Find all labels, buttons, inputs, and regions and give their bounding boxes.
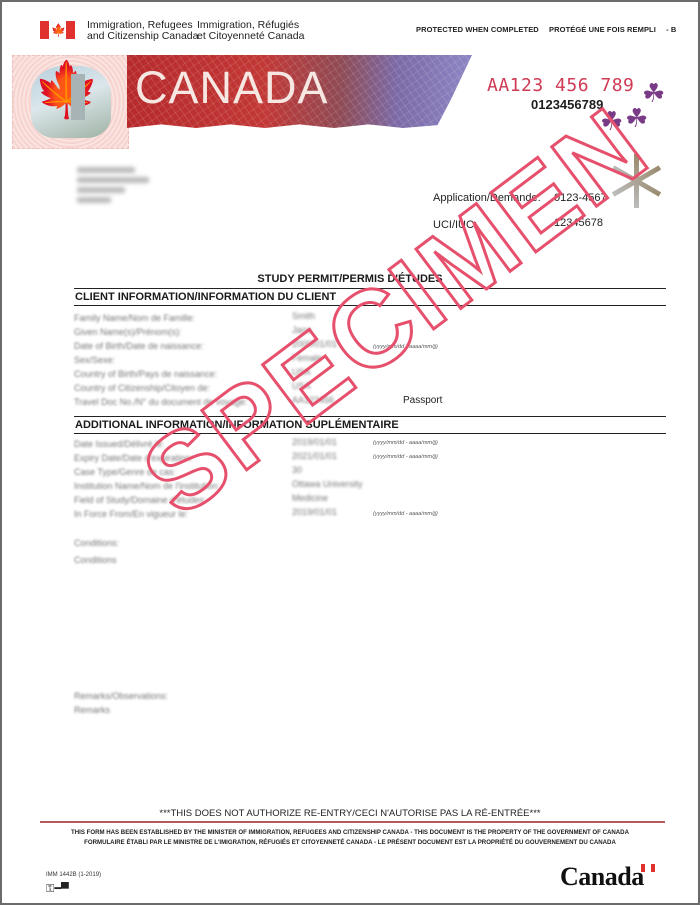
department-name-en: Immigration, Refugees and Citizenship Ca…	[87, 20, 199, 42]
peace-tower-icon	[71, 74, 85, 120]
field-value: 2000/01/01	[292, 339, 337, 349]
field-value: Smith	[292, 311, 315, 321]
field-value: USA	[292, 367, 311, 377]
date-format-hint: (yyyy/mm/dd - aaaa/mm/jj)	[373, 344, 438, 350]
field-label: Family Name/Nom de Famille:	[74, 313, 195, 323]
field-label: Travel Doc No./N° du document de voyage:	[74, 397, 247, 407]
field-value: 2019/01/01	[292, 507, 337, 517]
conditions-label-fr: Conditions:	[74, 538, 119, 548]
banner-title: CANADA	[135, 60, 329, 116]
maple-leaf-icon: ☘	[600, 108, 623, 134]
field-value: 2021/01/01	[292, 451, 337, 461]
remarks-label-en: Remarks	[74, 705, 110, 715]
conditions-label-en: Conditions	[74, 555, 117, 565]
date-format-hint: (yyyy/mm/dd - aaaa/mm/jj)	[373, 454, 438, 460]
uci-label: UCI/IUC:	[433, 219, 477, 231]
application-label: Application/Demande:	[433, 192, 541, 204]
legal-notice-fr: FORMULAIRE ÉTABLI PAR LE MINISTRE DE L'I…	[0, 839, 700, 846]
field-label: Field of Study/Domaine d'études:	[74, 495, 206, 505]
travel-document-type: Passport	[403, 395, 442, 406]
department-name-fr: Immigration, Réfugiés et Citoyenneté Can…	[197, 20, 304, 42]
form-number: IMM 1442B (1-2019)	[46, 872, 101, 878]
field-label: Sex/Sexe:	[74, 355, 115, 365]
field-value: 2019/01/01	[292, 437, 337, 447]
field-value: USA	[292, 381, 311, 391]
legal-notice-en: THIS FORM HAS BEEN ESTABLISHED BY THE MI…	[0, 829, 700, 836]
key-icon: ⚿━▀	[46, 882, 69, 896]
reentry-notice: ***THIS DOES NOT AUTHORIZE RE-ENTRY/CECI…	[0, 808, 700, 819]
field-label: Institution Name/Nom de l'institution:	[74, 481, 220, 491]
field-label: Date of Birth/Date de naissance:	[74, 341, 204, 351]
document-title: STUDY PERMIT/PERMIS D'ÉTUDES	[0, 273, 700, 285]
field-label: Country of Birth/Pays de naissance:	[74, 369, 217, 379]
canada-flag-icon: 🍁	[40, 21, 75, 39]
uci-value: 12345678	[554, 217, 603, 229]
canada-flag-icon	[641, 864, 655, 872]
field-value: Medicine	[292, 493, 328, 503]
field-label: Expiry Date/Date d'expiration:	[74, 453, 193, 463]
field-label: Given Name(s)/Prénom(s):	[74, 327, 182, 337]
document-number: AA123 456 789	[487, 75, 634, 96]
field-value: Jane	[292, 325, 312, 335]
field-label: Case Type/Genre de cas:	[74, 467, 176, 477]
field-label: Date Issued/Délivré le:	[74, 439, 165, 449]
control-number: 0123456789	[531, 97, 603, 112]
application-value: 0123-4567	[554, 192, 607, 204]
applicant-address-blurred	[77, 167, 152, 207]
canada-wordmark: Canada	[560, 862, 644, 892]
field-value: 30	[292, 465, 302, 475]
field-value: AA123456	[292, 395, 334, 405]
field-value: Female	[292, 353, 322, 363]
remarks-label-fr: Remarks/Observations:	[74, 691, 168, 701]
maple-leaf-icon: ☘	[625, 105, 648, 131]
field-label: Country of Citizenship/Citoyen de:	[74, 383, 210, 393]
protected-notice: PROTECTED WHEN COMPLETED PROTÉGÉ UNE FOI…	[416, 25, 684, 34]
date-format-hint: (yyyy/mm/dd - aaaa/mm/jj)	[373, 511, 438, 517]
divider	[40, 821, 665, 823]
client-information-heading: CLIENT INFORMATION/INFORMATION DU CLIENT	[74, 288, 666, 306]
security-stamp-image: 🍁	[12, 55, 129, 149]
field-value: Ottawa University	[292, 479, 363, 489]
date-format-hint: (yyyy/mm/dd - aaaa/mm/jj)	[373, 440, 438, 446]
field-label: In Force From/En vigueur le:	[74, 509, 188, 519]
additional-information-heading: ADDITIONAL INFORMATION/INFORMATION SUPLÉ…	[74, 416, 666, 434]
hologram-emblem-icon	[610, 150, 662, 212]
maple-leaf-icon: 🍁	[33, 60, 100, 120]
